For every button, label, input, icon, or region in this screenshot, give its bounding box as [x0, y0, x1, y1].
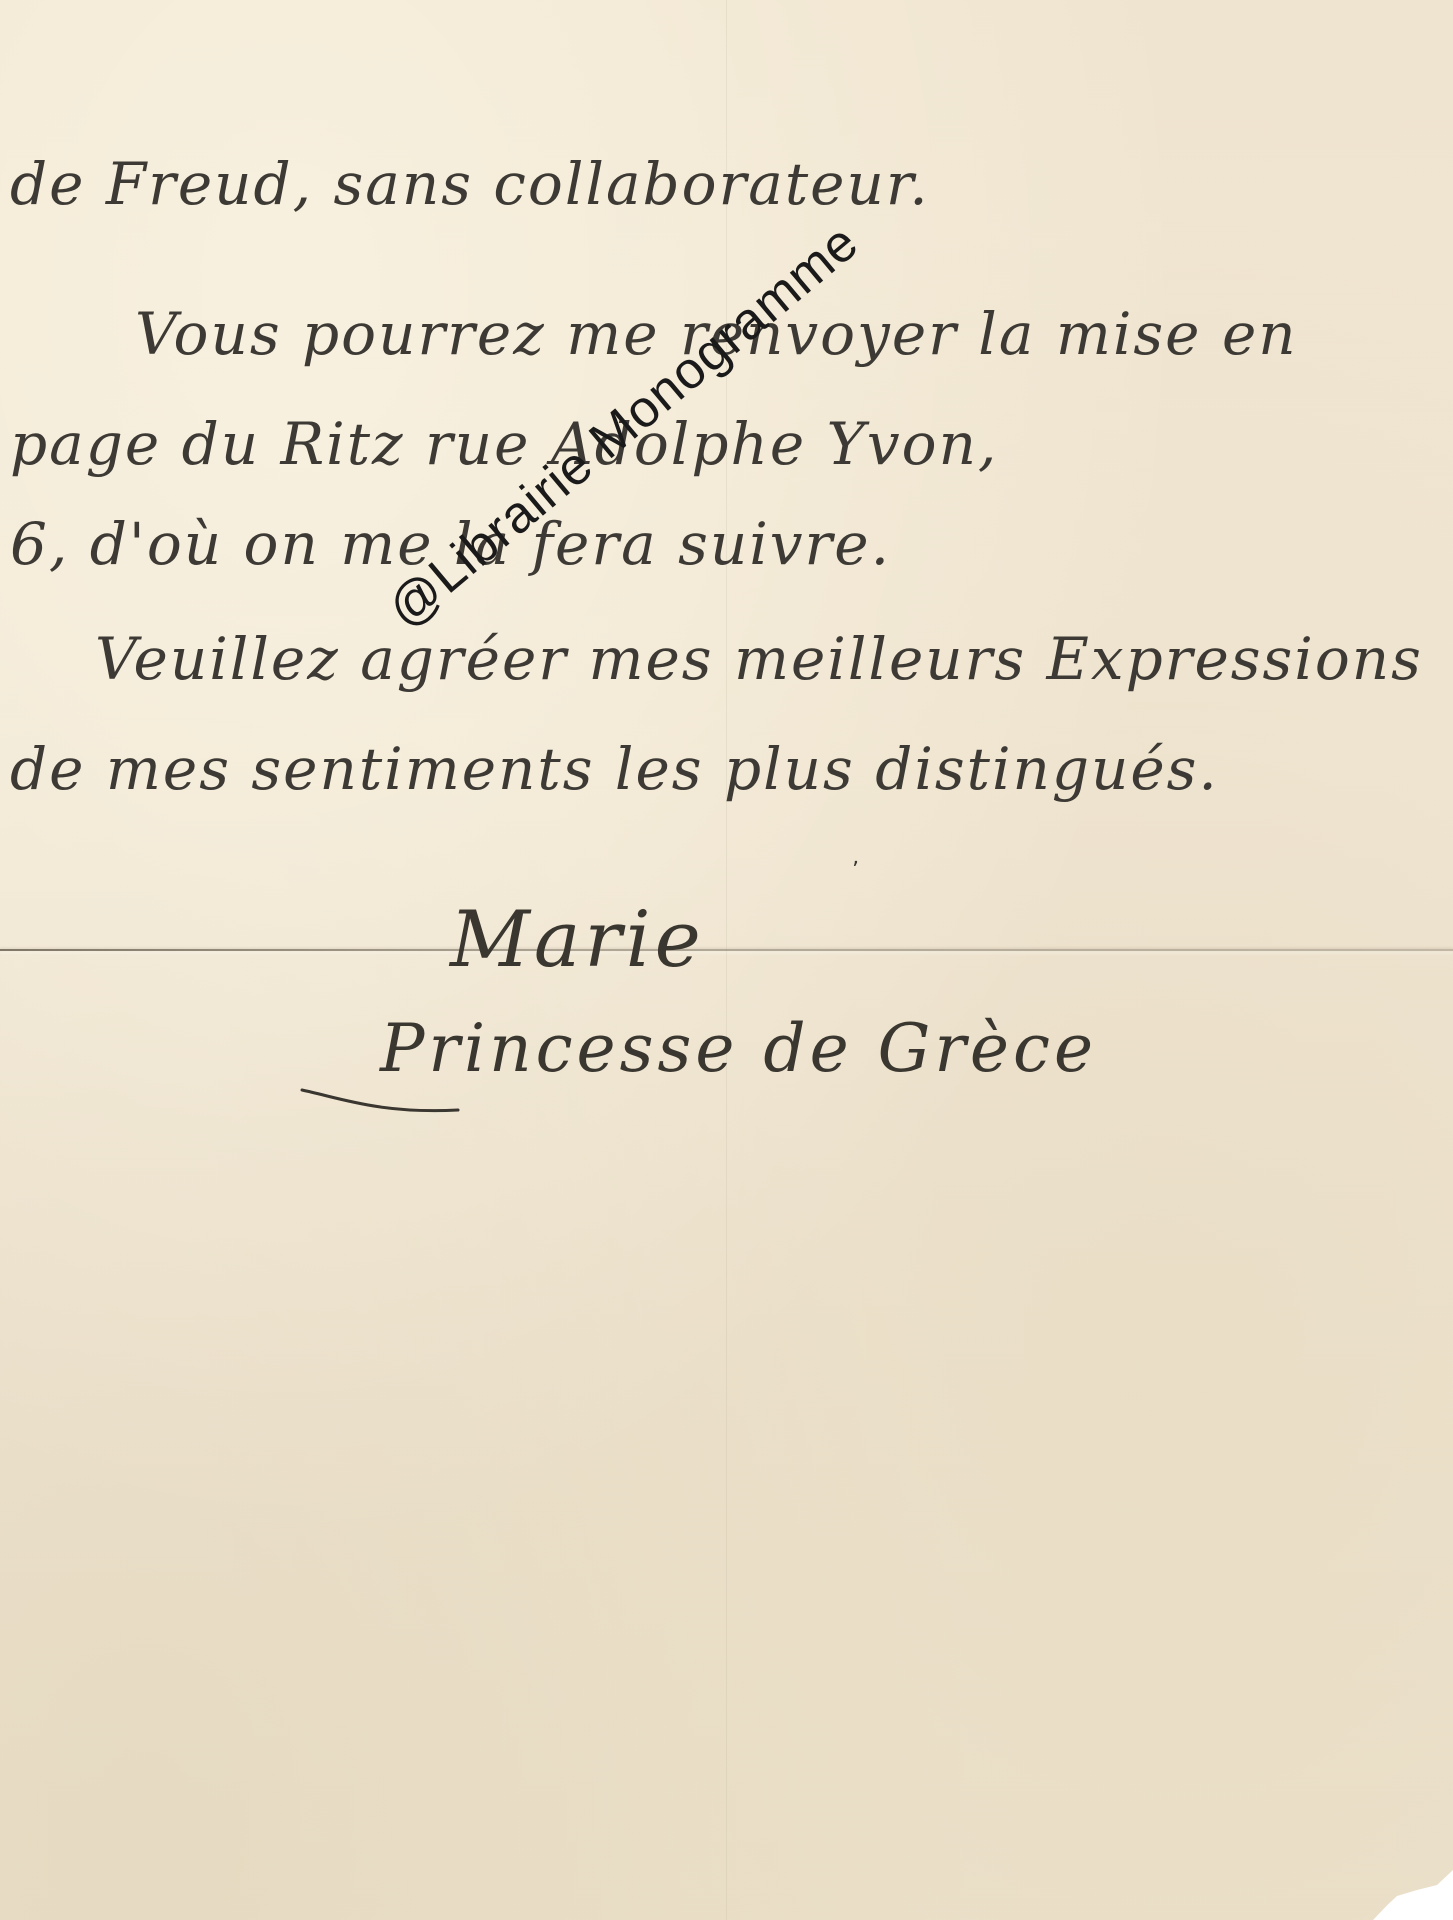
letter-line-6: de mes sentiments les plus distingués. [10, 735, 1219, 803]
letter-page: de Freud, sans collaborateur. Vous pourr… [0, 0, 1453, 1920]
accent-mark: ʼ [852, 858, 859, 883]
letter-line-3: page du Ritz rue Adolphe Yvon, [10, 410, 998, 478]
letter-body: de Freud, sans collaborateur. Vous pourr… [0, 0, 1453, 1920]
signature-title: Princesse de Grèce [380, 1010, 1097, 1087]
letter-line-5: Veuillez agréer mes meilleurs Expression… [95, 625, 1423, 693]
signature-flourish-icon [300, 1080, 460, 1120]
signature-name: Marie [450, 895, 705, 985]
letter-line-1: de Freud, sans collaborateur. [10, 150, 930, 218]
